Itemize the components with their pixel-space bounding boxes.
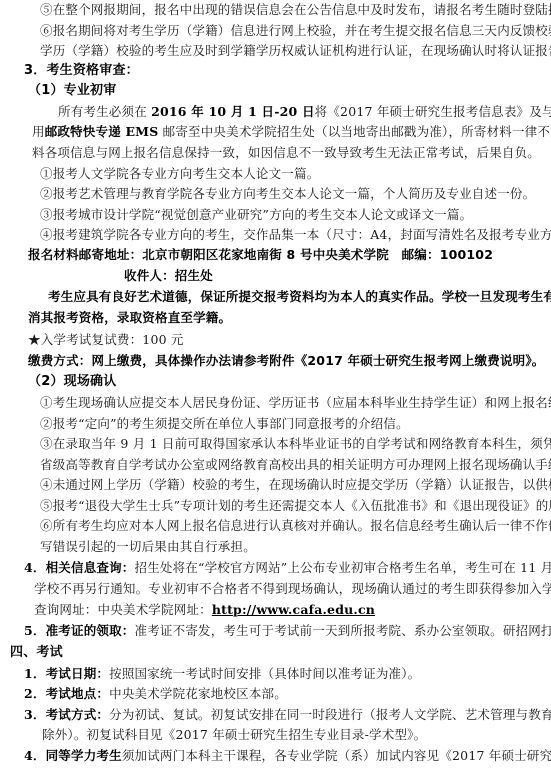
material-item-3: ③报考城市设计学院“视觉创意产业研究”方向的考生交本人论文或译文一篇。 xyxy=(40,207,472,223)
query-url-line: 查询网址：中央美术学院网址：http://www.cafa.edu.cn xyxy=(34,602,375,618)
section-5-number: 5． xyxy=(24,623,46,638)
material-item-4: ④报考建筑学院各专业方向的考生，交作品集一本（尺寸：A4，封面写清姓名及报考专业… xyxy=(40,227,551,243)
query-url-label: 查询网址：中央美术学院网址： xyxy=(34,602,212,617)
ems-emphasis: 邮政特快专递 xyxy=(45,124,121,139)
exam-item-3-line2: 除外）。初复试科目见《2017 年硕士研究生招生专业目录-学术型》。 xyxy=(42,727,426,743)
exam-item-text: 按照国家统一考试时间安排（具体时间以准考证为准）。 xyxy=(109,666,420,681)
mailing-address: 报名材料邮寄地址：北京市朝阳区花家地南街 8 号中央美术学院 邮编：100102 xyxy=(28,247,493,263)
confirm-item-1: ①考生现场确认应提交本人居民身份证、学历证书（应届本科毕业生持学生证）和网上报名… xyxy=(40,395,551,411)
confirm-item-3-line1: ③在录取当年 9 月 1 日前可取得国家承认本科毕业证书的自学考试和网络教育本科… xyxy=(40,436,551,452)
exam-item-4-line1: 4．同等学力考生须加试两门本科主干课程，各专业学院（系）加试内容见《2017 年… xyxy=(24,748,551,764)
section-4-line2: 学校不再另行通知。专业初审不合格者不得到现场确认，现场确认通过的考生即获得参加入… xyxy=(34,581,551,597)
confirm-item-4: ④未通过网上学历（学籍）校验的考生，在现场确认时应提交学历（学籍）认证报告，以供… xyxy=(40,477,551,493)
section-4-text: 招生处将在“学校官方网站”上公布专业初审合格考生名单，考生可在 11 月上旬登陆… xyxy=(135,560,551,575)
material-item-2: ②报考艺术管理与教育学院各专业方向考生交本人论文一篇，个人简历及专业自述一份。 xyxy=(40,186,535,202)
exam-item-label: 同等学力考生 xyxy=(46,748,122,763)
para-text: 所有考生必须在 xyxy=(58,104,151,119)
item-6-text-line1: ⑥报名期间将对考生学历（学籍）信息进行网上校验，并在考生提交报名信息三天内反馈校… xyxy=(40,23,551,39)
para-text: 邮寄至中央美术学院招生处（以当地寄出邮戳为准），所寄材料一律不退。考生初审材 xyxy=(158,124,551,139)
exam-item-2: 2．考试地点：中央美术学院花家地校区本部。 xyxy=(24,686,287,702)
cafa-website-link[interactable]: http://www.cafa.edu.cn xyxy=(212,602,375,617)
ems-label: EMS xyxy=(121,124,159,139)
section-3-heading: 3．考生资格审查： xyxy=(24,63,139,79)
exam-item-1: 1．考试日期：按照国家统一考试时间安排（具体时间以准考证为准）。 xyxy=(24,666,420,682)
deadline-date: 2016 年 10 月 1 日-20 日 xyxy=(151,104,315,119)
exam-item-number: 1． xyxy=(24,666,46,681)
exam-item-text: 须加试两门本科主干课程，各专业学院（系）加试内容见《2017 年硕士研究生招生专… xyxy=(122,748,551,763)
exam-item-text: 中央美术学院花家地校区本部。 xyxy=(109,686,287,701)
exam-item-3-line1: 3．考试方式：分为初试、复试。初复试安排在同一时段进行（报考人文学院、艺术管理与… xyxy=(24,707,551,723)
exam-item-label: 考试方式： xyxy=(46,707,110,722)
confirm-item-2: ②报考“定向”的考生须提交所在单位人事部门同意报考的介绍信。 xyxy=(40,416,409,432)
section-5-text: 准考证不寄发，考生可于考试前一天到所报考院、系办公室领取。研招网打印准考证无效。 xyxy=(135,623,551,638)
exam-item-label: 考试地点： xyxy=(46,686,110,701)
integrity-warning-line2: 消其报考资格，录取资格直至学籍。 xyxy=(28,310,231,326)
material-item-1: ①报考人文学院各专业方向考生交本人论文一篇。 xyxy=(40,166,319,182)
subsection-2-heading: （2）现场确认 xyxy=(28,374,116,390)
initial-review-paragraph-line2: 用邮政特快专递 EMS 邮寄至中央美术学院招生处（以当地寄出邮戳为准），所寄材料… xyxy=(32,124,551,140)
payment-method: 缴费方式：网上缴费，具体操作办法请参考附件《2017 年硕士研究生报考网上缴费说… xyxy=(28,353,545,369)
confirm-item-3-line2: 省级高等教育自学考试办公室或网络教育高校出具的相关证明方可办理网上报名现场确认手… xyxy=(40,457,551,473)
confirm-item-6-line2: 写错误引起的一切后果由其自行承担。 xyxy=(40,539,256,555)
para-text: 用 xyxy=(32,124,45,139)
section-4-line1: 4．相关信息查询：招生处将在“学校官方网站”上公布专业初审合格考生名单，考生可在… xyxy=(24,560,551,576)
exam-item-number: 4． xyxy=(24,748,46,763)
item-5-text: ⑤在整个网报期间，报名中出现的错误信息会在公告信息中及时发布，请报名考生随时登陆… xyxy=(40,2,551,18)
item-6-text-line2: 学历（学籍）校验的考生应及时到学籍学历权威认证机构进行认证，在现场确认时将认证报… xyxy=(40,43,551,59)
section-4-number: 4． xyxy=(24,560,46,575)
para-text: 将《2017 年硕士研究生报考信息表》及与报考专业有关的材料 xyxy=(315,104,551,119)
section-5-label: 准考证的领取： xyxy=(46,623,135,638)
retest-fee: ★入学考试复试费：100 元 xyxy=(28,332,184,348)
chapter-4-heading: 四、考试 xyxy=(10,645,63,661)
subsection-1-heading: （1）专业初审 xyxy=(28,83,116,99)
exam-item-number: 3． xyxy=(24,707,46,722)
section-5-line: 5．准考证的领取：准考证不寄发，考生可于考试前一天到所报考院、系办公室领取。研招… xyxy=(24,623,551,639)
exam-item-text: 分为初试、复试。初复试安排在同一时段进行（报考人文学院、艺术管理与教育学院各专业… xyxy=(109,707,551,722)
confirm-item-6-line1: ⑥所有考生均应对本人网上报名信息进行认真核对并确认。报名信息经考生确认后一律不作… xyxy=(40,518,551,534)
integrity-warning-line1: 考生应具有良好艺术道德，保证所提交报考资料均为本人的真实作品。学校一旦发现考生有… xyxy=(48,289,551,305)
exam-item-number: 2． xyxy=(24,686,46,701)
section-4-label: 相关信息查询： xyxy=(46,560,135,575)
recipient: 收件人：招生处 xyxy=(124,268,213,284)
confirm-item-5: ⑤报考“退役大学生士兵”专项计划的考生还需提交本人《入伍批准书》和《退出现役证》… xyxy=(40,498,551,514)
exam-item-label: 考试日期： xyxy=(46,666,110,681)
initial-review-paragraph-line3: 料各项信息与网上报名信息保持一致，如因信息不一致导致考生无法正常考试，后果自负。 xyxy=(32,145,540,161)
initial-review-paragraph-line1: 所有考生必须在 2016 年 10 月 1 日-20 日将《2017 年硕士研究… xyxy=(58,104,551,120)
